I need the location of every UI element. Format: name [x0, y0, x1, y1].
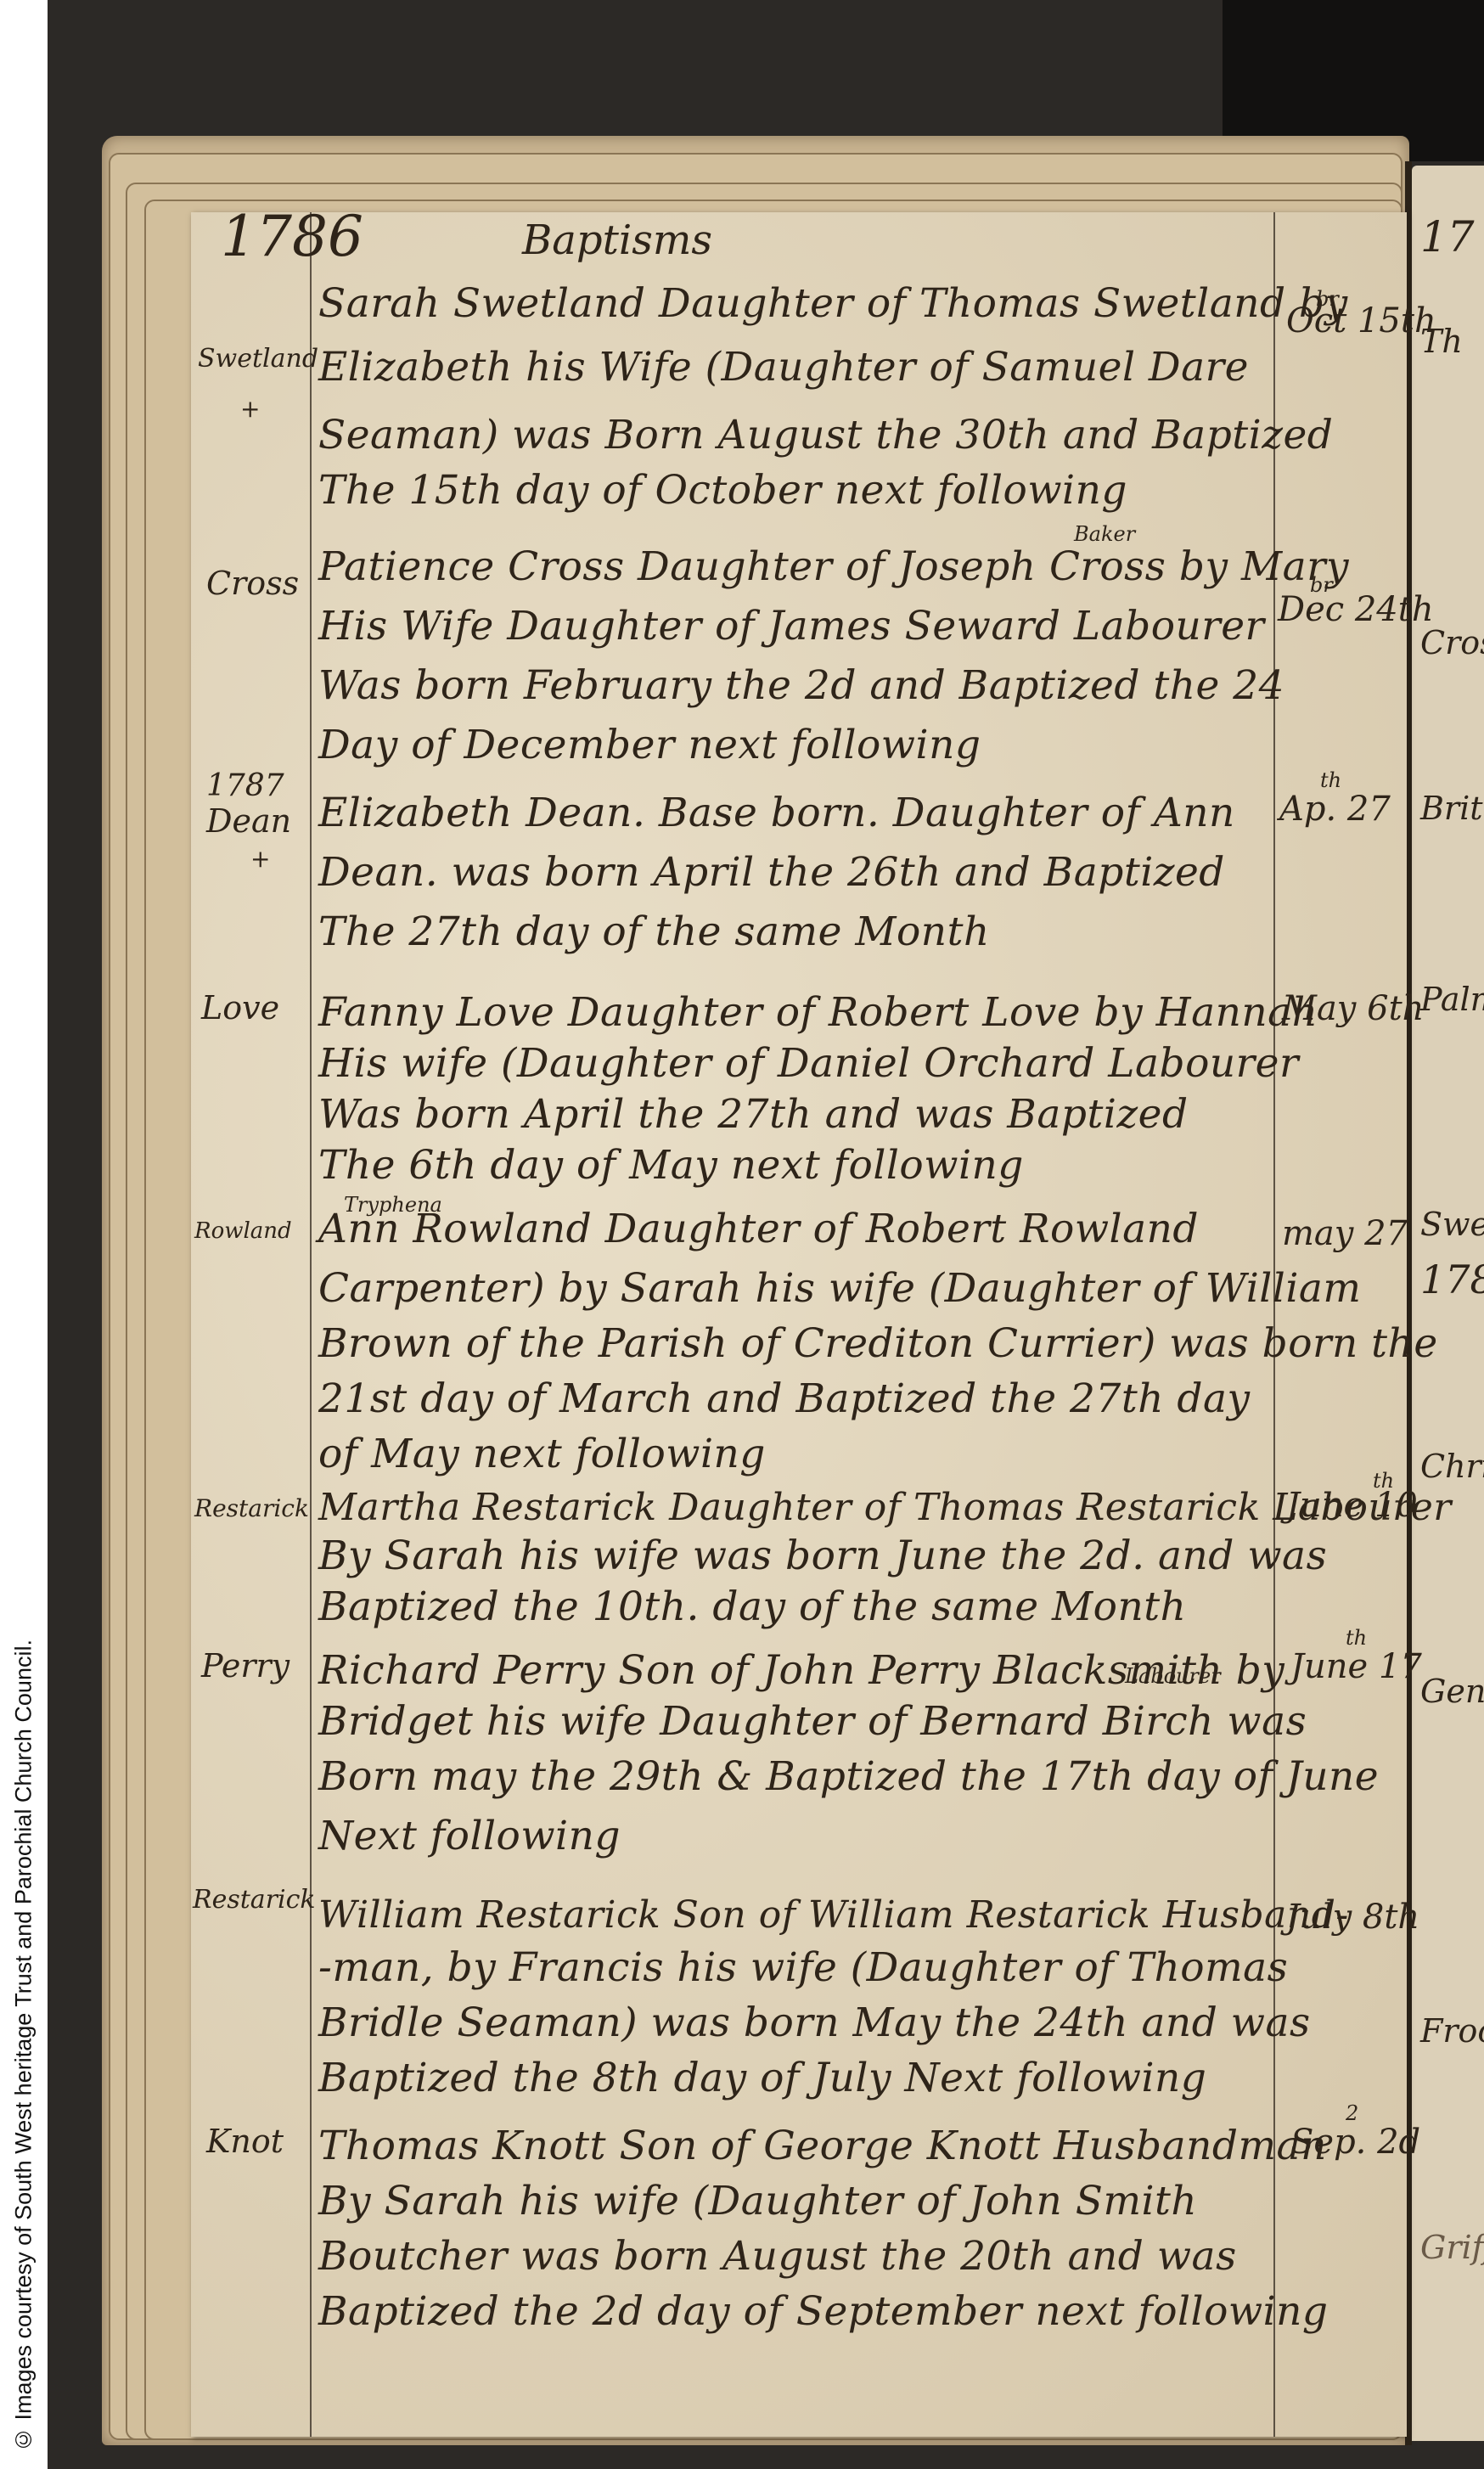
entry-date-sup: th [1346, 1626, 1367, 1650]
facing-page-fragment: Froo [1420, 2012, 1484, 2050]
facing-page-fragment: Brit [1420, 790, 1483, 827]
entry-mark: + [240, 395, 260, 423]
entry-date-sup: br [1316, 287, 1339, 311]
facing-page-fragment: 1788 [1420, 1257, 1484, 1302]
entry-line: The 27th day of the same Month [318, 908, 990, 955]
entry-line: William Restarick Son of William Restari… [318, 1893, 1349, 1937]
entry-line: Day of December next following [318, 722, 981, 768]
facing-page-fragment: Geng [1420, 1673, 1484, 1710]
entry-line: Baptized the 8th day of July Next follow… [318, 2055, 1206, 2101]
entry-line: By Sarah his wife was born June the 2d. … [318, 1533, 1327, 1579]
entry-surname: Rowland [194, 1218, 292, 1244]
entry-line: His wife (Daughter of Daniel Orchard Lab… [318, 1040, 1299, 1087]
entry-line: The 6th day of May next following [318, 1142, 1024, 1189]
entry-line: -man, by Francis his wife (Daughter of T… [318, 1944, 1288, 1991]
entry-surname: Swetland [198, 344, 318, 374]
entry-date: Ap. 27 [1279, 790, 1391, 829]
entry-date: Sep. 2d [1290, 2123, 1420, 2162]
entry-surname: Knot [206, 2123, 284, 2160]
entry-line: Brown of the Parish of Crediton Currier)… [318, 1320, 1438, 1367]
entry-surname: Dean [206, 802, 291, 840]
facing-page-edge: 17 Th Cros Brit Palm Swet 1788 Chrich Ge… [1412, 166, 1484, 2441]
entry-line: Baptized the 2d day of September next fo… [318, 2288, 1329, 2335]
facing-page-fragment: Swet [1420, 1206, 1484, 1243]
entry-date-sup: br [1310, 573, 1333, 597]
entry-line: Bridle Seaman) was born May the 24th and… [318, 1999, 1311, 2046]
entry-date: may 27 [1282, 1214, 1408, 1253]
entry-date: July 8th [1286, 1898, 1419, 1937]
entry-line: Boutcher was born August the 20th and wa… [318, 2233, 1237, 2280]
entry-mark: + [250, 845, 270, 873]
entry-line: Elizabeth his Wife (Daughter of Samuel D… [318, 344, 1249, 391]
entry-line: Bridget his wife Daughter of Bernard Bir… [318, 1698, 1307, 1745]
facing-page-fragment: Cros [1420, 624, 1484, 661]
entry-line: Patience Cross Daughter of Joseph Cross … [318, 543, 1349, 590]
entry-date: Dec 24th [1278, 590, 1434, 629]
entry-line: of May next following [318, 1431, 766, 1477]
copyright-credit: © Images courtesy of South West heritage… [5, 1433, 42, 2452]
entry-date-sup: th [1373, 1469, 1394, 1493]
entry-date: May 6th [1282, 989, 1424, 1028]
entry-line: Sarah Swetland Daughter of Thomas Swetla… [318, 280, 1348, 327]
facing-page-fragment: Palm [1420, 981, 1484, 1018]
entry-surname: Restarick [193, 1885, 316, 1915]
entry-line: 21st day of March and Baptized the 27th … [318, 1375, 1251, 1422]
facing-page-fragment: 17 [1420, 212, 1475, 262]
entry-insert: Baker [1074, 522, 1135, 546]
entry-line: Fanny Love Daughter of Robert Love by Ha… [318, 989, 1318, 1036]
entry-line: Was born April the 27th and was Baptized [318, 1091, 1189, 1138]
entry-date: June 10 [1286, 1486, 1418, 1525]
entry-line: Next following [318, 1813, 621, 1859]
entry-line: Seaman) was Born August the 30th and Bap… [318, 412, 1333, 458]
entry-date-sup: 2 [1346, 2101, 1358, 2125]
entry-line: Born may the 29th & Baptized the 17th da… [318, 1753, 1379, 1800]
credit-strip: © Images courtesy of South West heritage… [0, 0, 48, 2469]
entry-line: The 15th day of October next following [318, 467, 1127, 514]
entry-line: Was born February the 2d and Baptized th… [318, 662, 1284, 709]
entry-line: By Sarah his wife (Daughter of John Smit… [318, 2178, 1197, 2224]
entry-date-sup: th [1320, 768, 1341, 792]
entry-date: Oct 15th [1286, 301, 1436, 340]
entry-line: Baptized the 10th. day of the same Month [318, 1583, 1186, 1630]
margin-column-rule [310, 212, 312, 2437]
register-page: 1786 Baptisms Swetland + Sarah Swetland … [191, 212, 1407, 2437]
entry-line: His Wife Daughter of James Seward Labour… [318, 603, 1265, 650]
entry-surname: Cross [206, 565, 299, 602]
entry-line: Dean. was born April the 26th and Baptiz… [318, 849, 1225, 896]
entry-line: Martha Restarick Daughter of Thomas Rest… [318, 1486, 1452, 1529]
entry-surname: Perry [201, 1647, 289, 1684]
facing-page-fragment: Chrich [1420, 1448, 1484, 1485]
entry-line: Elizabeth Dean. Base born. Daughter of A… [318, 790, 1235, 836]
entry-date: June 17 [1290, 1647, 1422, 1686]
entry-line: Carpenter) by Sarah his wife (Daughter o… [318, 1265, 1361, 1312]
entry-line: Thomas Knott Son of George Knott Husband… [318, 2123, 1327, 2169]
entry-line: Richard Perry Son of John Perry Blacksmi… [318, 1647, 1284, 1694]
facing-page-fragment: Griffi [1420, 2229, 1484, 2266]
entry-margin-year: 1787 [206, 768, 284, 803]
register-year: 1786 [221, 204, 363, 269]
entry-line: Ann Rowland Daughter of Robert Rowland [318, 1206, 1199, 1252]
entry-surname: Love [201, 989, 279, 1026]
register-heading: Baptisms [522, 217, 712, 264]
entry-surname: Restarick [194, 1494, 309, 1522]
